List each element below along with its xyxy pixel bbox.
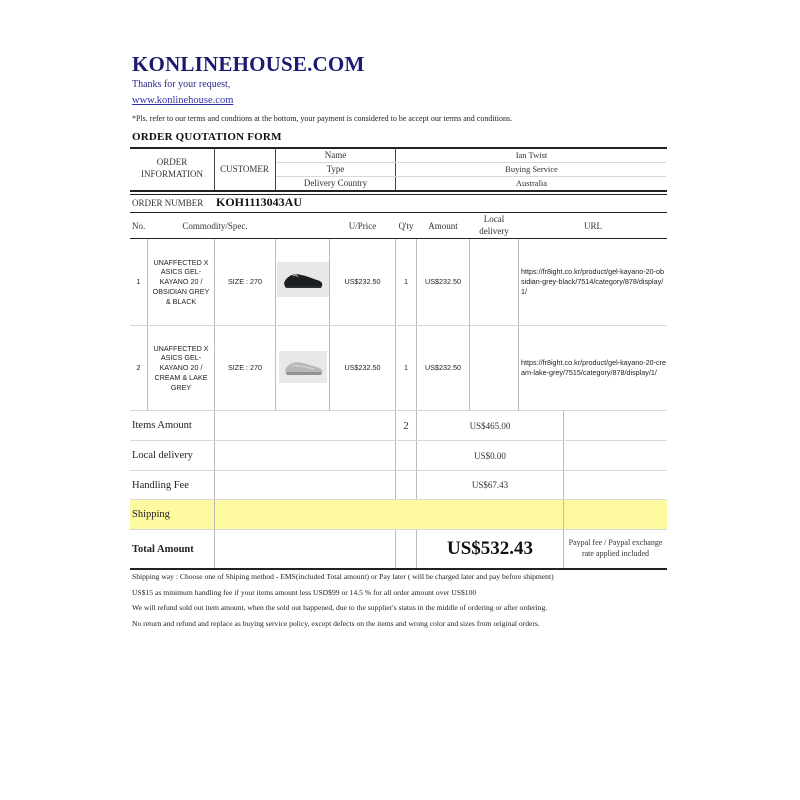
sneaker-icon <box>281 269 325 291</box>
website-link[interactable]: www.konlinehouse.com <box>132 95 233 106</box>
shipping-label: Shipping <box>132 500 212 529</box>
row-1-uprice: US$232.50 <box>330 239 395 325</box>
row-1-no: 1 <box>130 239 147 325</box>
delivery-country-value: Australia <box>396 176 667 190</box>
row-2-amount: US$232.50 <box>417 326 469 410</box>
divider <box>130 568 667 570</box>
row-1-local-delivery <box>470 239 518 325</box>
header-no: No. <box>130 213 150 238</box>
items-amount-qty: 2 <box>396 411 416 440</box>
handling-fee-label: Handling Fee <box>132 471 212 499</box>
form-title: ORDER QUOTATION FORM <box>132 131 282 143</box>
handling-fee-value: US$67.43 <box>417 471 563 499</box>
row-2-url[interactable]: https://fr8ight.co.kr/product/gel-kayano… <box>519 326 667 410</box>
local-delivery-value: US$0.00 <box>417 441 563 470</box>
divider <box>214 411 215 569</box>
row-1-commodity: UNAFFECTED X ASICS GEL-KAYANO 20 / OBSID… <box>148 239 214 325</box>
sneaker-icon <box>282 357 324 377</box>
header-url: URL <box>519 213 667 238</box>
items-amount-label: Items Amount <box>132 411 212 440</box>
row-2-local-delivery <box>470 326 518 410</box>
delivery-country-label: Delivery Country <box>276 176 395 190</box>
brand-title: KONLINEHOUSE.COM <box>132 52 364 77</box>
row-1-amount: US$232.50 <box>417 239 469 325</box>
thanks-text: Thanks for your request, <box>132 79 230 90</box>
row-2-commodity: UNAFFECTED X ASICS GEL-KAYANO 20 / CREAM… <box>148 326 214 410</box>
divider <box>130 190 667 192</box>
divider <box>130 194 667 195</box>
row-2-spec: SIZE : 270 <box>215 326 275 410</box>
row-2-qty: 1 <box>396 326 416 410</box>
row-2-uprice: US$232.50 <box>330 326 395 410</box>
total-amount-value: US$532.43 <box>417 530 563 568</box>
row-1-qty: 1 <box>396 239 416 325</box>
header-commodity: Commodity/Spec. <box>170 213 260 238</box>
order-information-label: ORDER INFORMATION <box>130 148 214 190</box>
header-qty: Q'ty <box>395 213 417 238</box>
footnote-refund: We will refund sold out item amount, whe… <box>132 603 547 612</box>
type-label: Type <box>276 162 395 176</box>
row-2-no: 2 <box>130 326 147 410</box>
type-value: Buying Service <box>396 162 667 176</box>
name-value: Ian Twist <box>396 148 667 162</box>
footnote-return-policy: No return and refund and replace as buyi… <box>132 619 540 628</box>
order-number-value: KOH1113043AU <box>216 195 302 210</box>
black-sneaker-image <box>277 262 329 297</box>
header-uprice: U/Price <box>330 213 395 238</box>
order-number-label: ORDER NUMBER <box>132 198 203 208</box>
customer-label: CUSTOMER <box>214 148 275 190</box>
header-amount: Amount <box>417 213 469 238</box>
terms-notice: *Pls. refer to our terms and condtions a… <box>132 114 512 123</box>
name-label: Name <box>276 148 395 162</box>
footnote-shipping-way: Shipping way : Choose one of Shiping met… <box>132 572 554 581</box>
row-1-url[interactable]: https://fr8ight.co.kr/product/gel-kayano… <box>519 239 667 325</box>
paypal-fee-note: Paypal fee / Paypal exchange rate applie… <box>564 530 667 568</box>
row-1-spec: SIZE : 270 <box>215 239 275 325</box>
grey-sneaker-image <box>279 351 327 383</box>
header-local-delivery: Local delivery <box>469 213 519 238</box>
total-amount-label: Total Amount <box>132 530 212 568</box>
items-amount-value: US$465.00 <box>417 411 563 440</box>
local-delivery-label: Local delivery <box>132 441 212 470</box>
footnote-handling-fee: US$15 as minimum handling fee if your it… <box>132 588 476 597</box>
